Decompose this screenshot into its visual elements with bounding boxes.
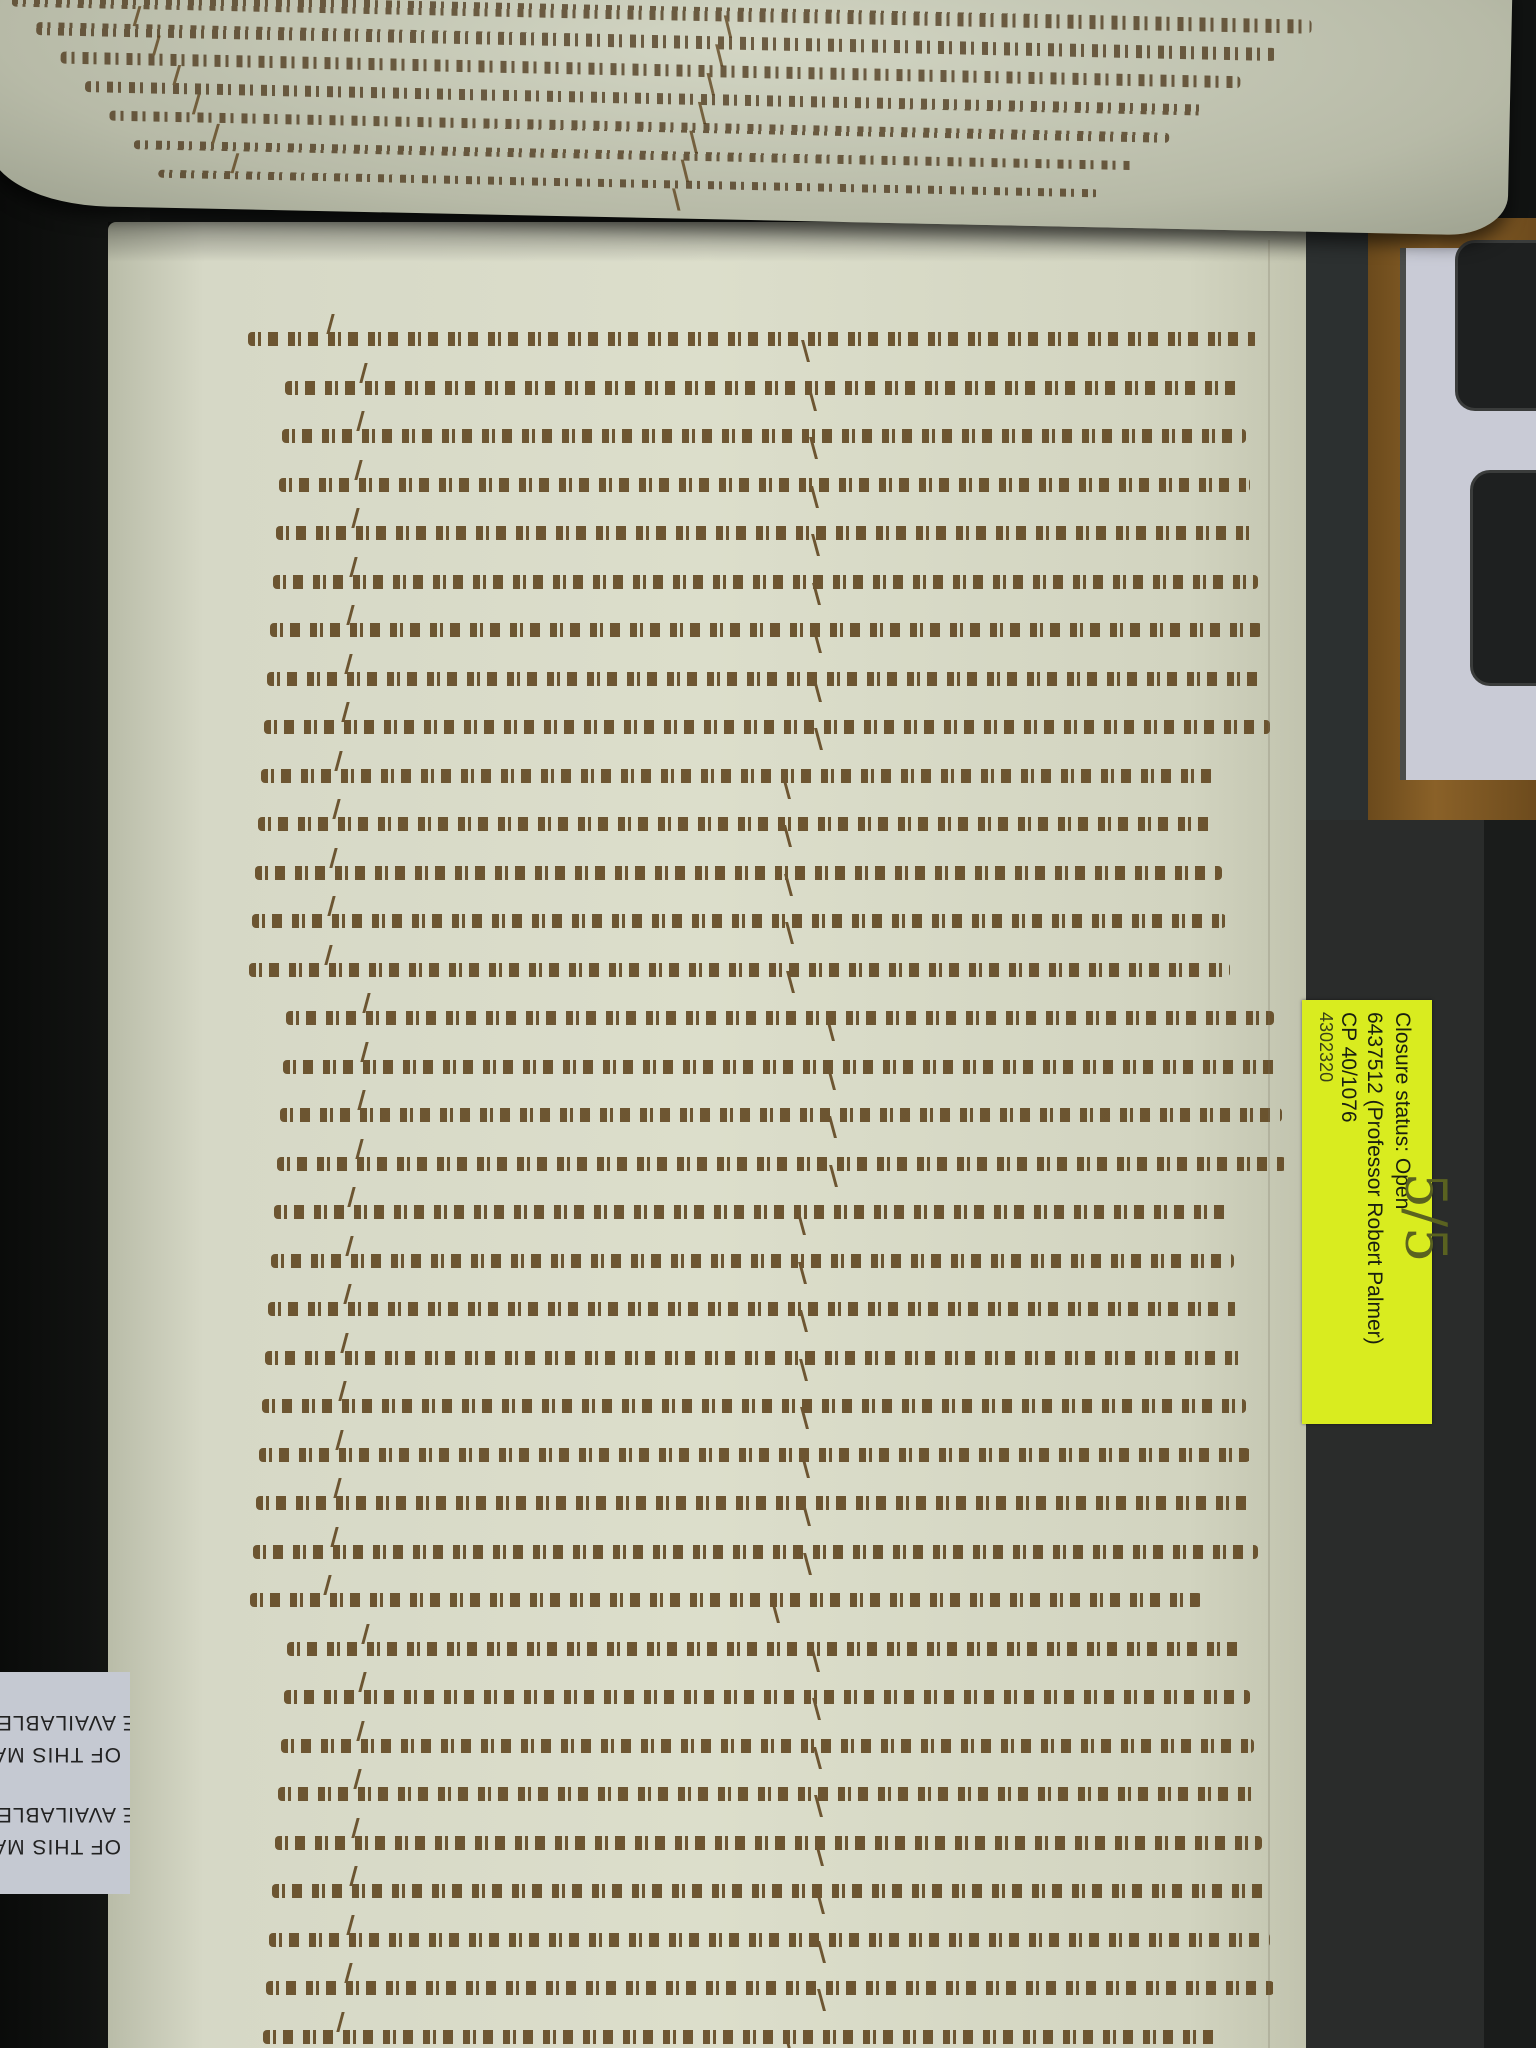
document-weight xyxy=(1470,470,1536,686)
margin-ruling xyxy=(1268,240,1270,2048)
script-line xyxy=(271,1254,1234,1268)
script-line xyxy=(282,429,1246,443)
script-line xyxy=(269,1933,1270,1947)
script-line xyxy=(256,1496,1254,1510)
script-line xyxy=(275,1836,1262,1850)
script-line xyxy=(268,1302,1238,1316)
script-line xyxy=(284,1690,1250,1704)
top-membrane-text-lines xyxy=(0,0,1512,236)
script-line xyxy=(263,2030,1218,2044)
script-line xyxy=(285,381,1242,395)
handwritten-mark: 5/5 xyxy=(1393,1172,1458,1262)
slip-text: RE AVAILABLE FR xyxy=(0,1802,130,1826)
gap-strip xyxy=(1300,218,1368,828)
script-line xyxy=(273,575,1258,589)
curled-top-membrane xyxy=(0,0,1512,236)
script-line xyxy=(255,866,1222,880)
label-partial-number: 4302320 xyxy=(1315,1012,1336,1082)
script-line xyxy=(280,1108,1282,1122)
foam-mat-edge xyxy=(1484,820,1536,2048)
script-line xyxy=(61,52,1241,89)
label-requester: 6437512 (Professor Robert Palmer) xyxy=(1362,1012,1386,1345)
script-line xyxy=(274,1205,1230,1219)
script-line xyxy=(262,1399,1246,1413)
membrane-shadow xyxy=(108,222,1306,262)
label-reference: CP 40/1076 xyxy=(1336,1012,1360,1123)
script-line xyxy=(278,1787,1258,1801)
script-line xyxy=(158,170,1098,198)
script-line xyxy=(287,1642,1246,1656)
script-line xyxy=(264,720,1270,734)
reference-slip: RE AVAILABLE FR OF THIS MARK RE AVAILABL… xyxy=(0,1672,130,1894)
script-line xyxy=(259,1448,1250,1462)
slip-text: OF THIS MARK xyxy=(0,1742,121,1766)
script-line xyxy=(261,769,1214,783)
script-line xyxy=(270,623,1262,637)
script-line xyxy=(85,81,1205,115)
script-line xyxy=(248,332,1258,346)
script-line xyxy=(272,1884,1266,1898)
script-line xyxy=(265,1351,1242,1365)
script-line xyxy=(134,140,1134,170)
slip-text: RE AVAILABLE FR xyxy=(0,1710,130,1734)
script-line xyxy=(276,526,1254,540)
script-line xyxy=(253,1545,1258,1559)
script-line xyxy=(252,914,1226,928)
script-line xyxy=(267,672,1266,686)
script-line xyxy=(249,963,1230,977)
script-line xyxy=(266,1981,1274,1995)
script-line xyxy=(281,1739,1254,1753)
script-line xyxy=(258,817,1218,831)
script-line xyxy=(109,111,1169,143)
script-line xyxy=(277,1157,1286,1171)
manuscript-membrane xyxy=(108,222,1306,2048)
script-line xyxy=(250,1593,1202,1607)
script-line xyxy=(283,1060,1278,1074)
document-weight xyxy=(1455,240,1536,411)
script-line xyxy=(286,1011,1274,1025)
manuscript-text-lines xyxy=(108,222,1306,2048)
photo-scene: RE AVAILABLE FR OF THIS MARK RE AVAILABL… xyxy=(0,0,1536,2048)
slip-text: OF THIS MARK xyxy=(0,1834,121,1858)
script-line xyxy=(279,478,1250,492)
